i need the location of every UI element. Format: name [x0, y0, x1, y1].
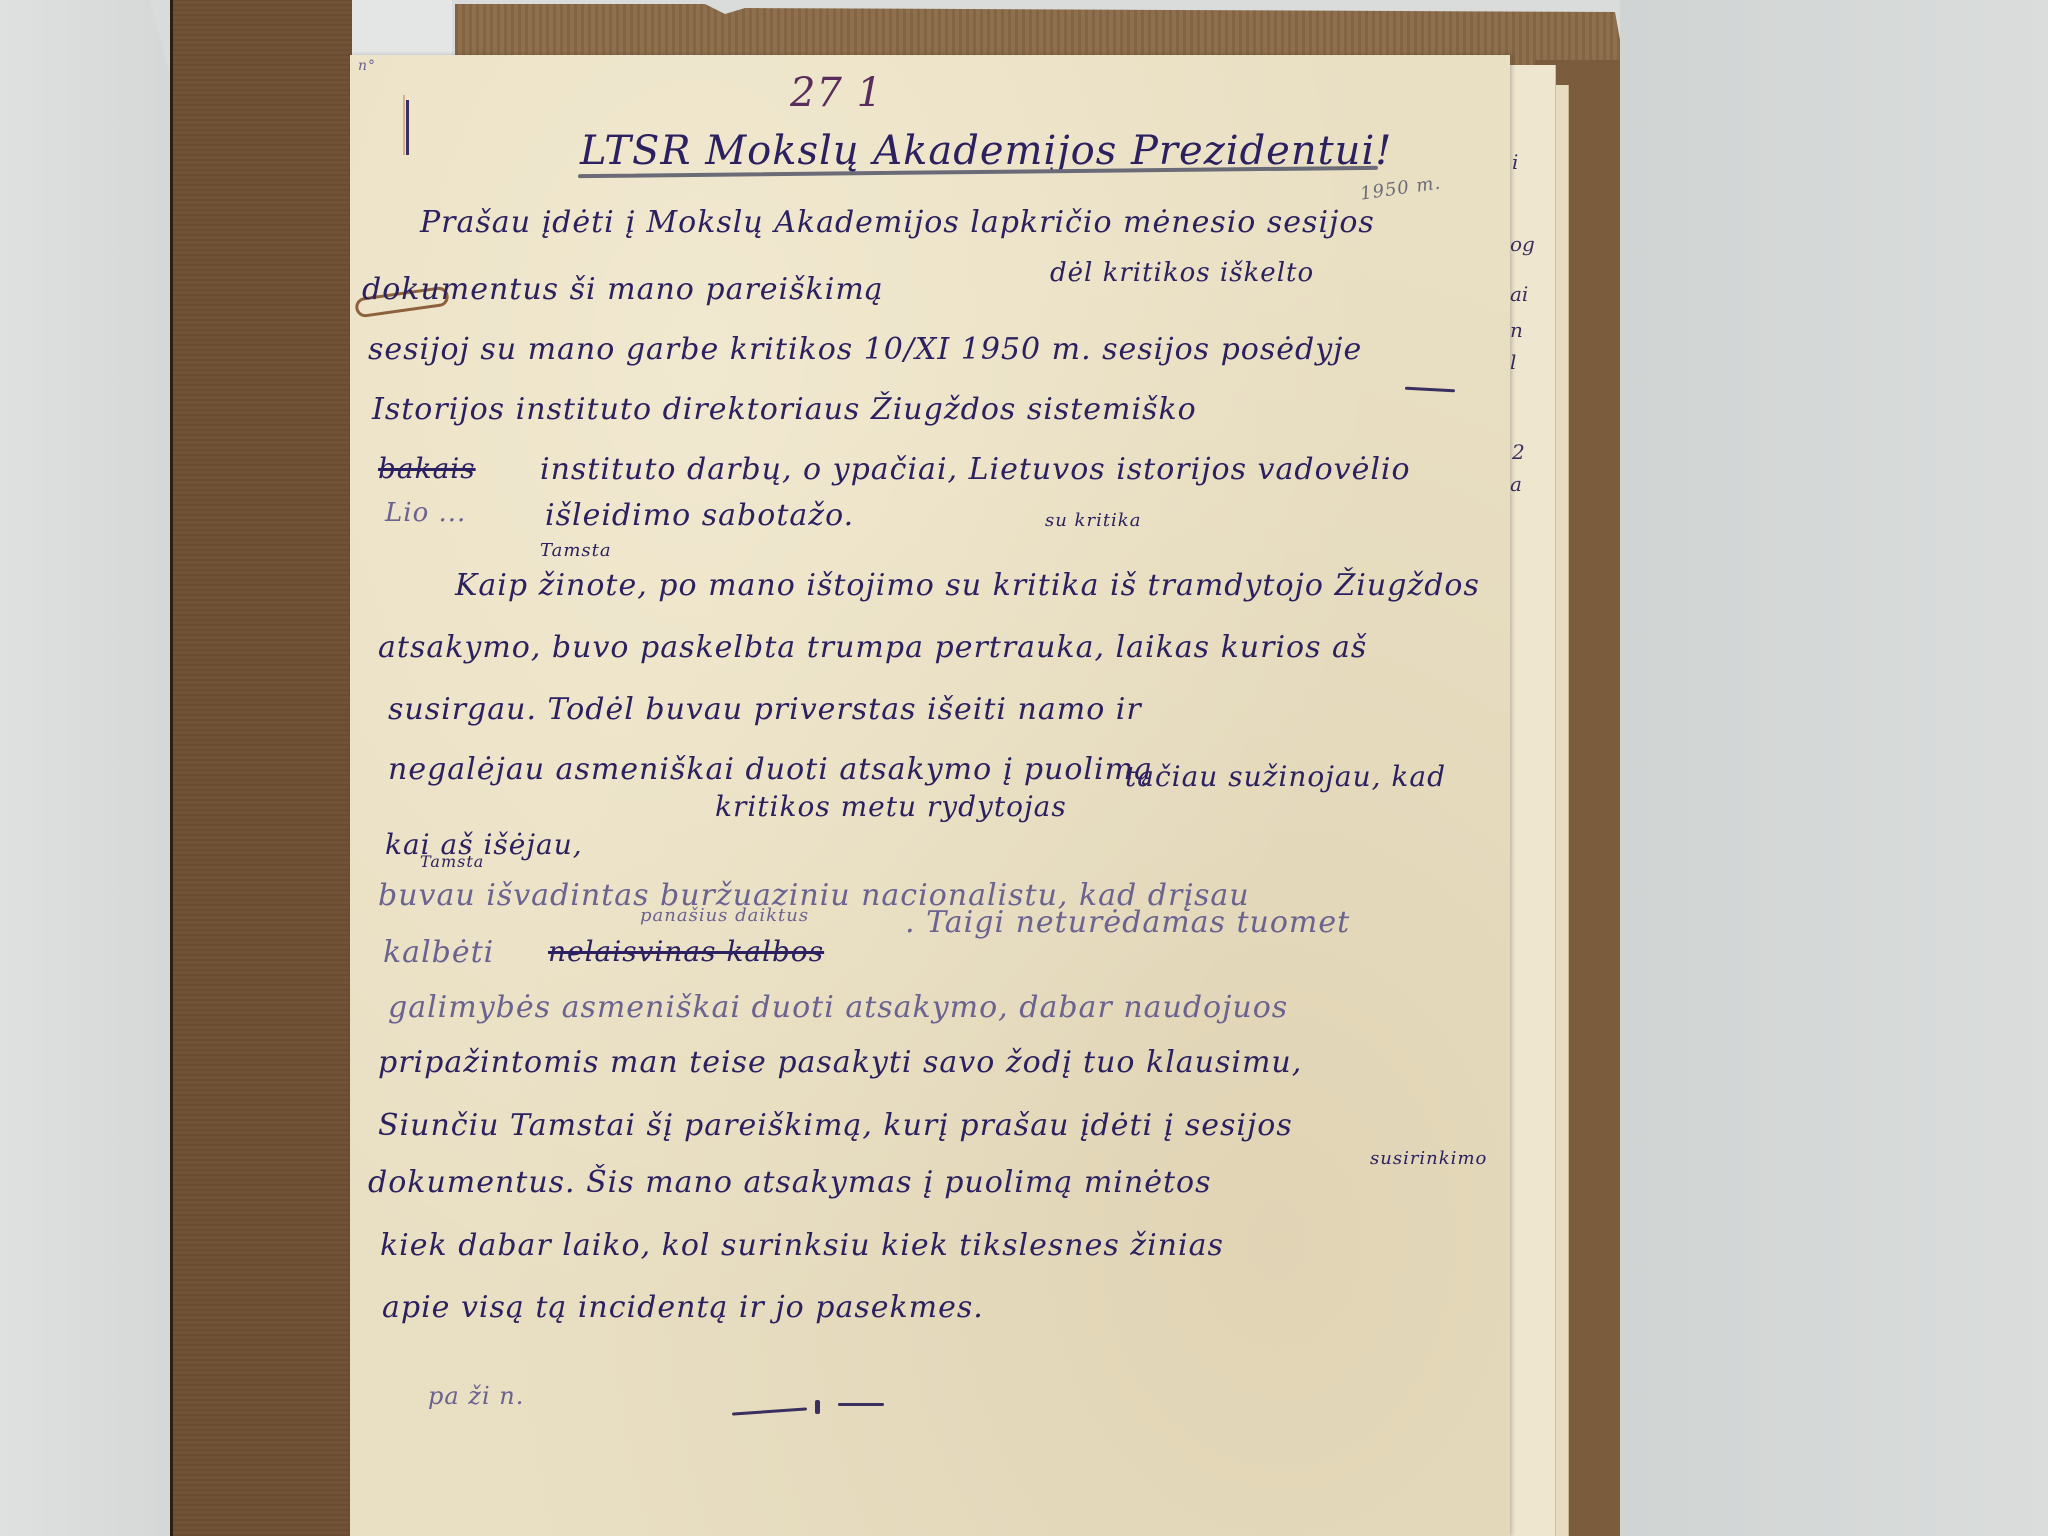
letter-line-19-insert: susirinkimo: [1370, 1148, 1487, 1169]
margin-note-tamsta: Tamsta: [420, 852, 484, 871]
letter-line-15-continuation: . Taigi neturėdamas tuomet: [905, 905, 1350, 940]
letter-line-11: tačiau sužinojau, kad: [1125, 760, 1446, 793]
letter-line-8: atsakymo, buvo paskelbta trumpa pertrauk…: [378, 630, 1367, 665]
letter-line-15: kalbėti: [383, 935, 494, 970]
background-sheet-left: [0, 0, 185, 1536]
letter-line-5: instituto darbų, o ypačiai, Lietuvos ist…: [540, 452, 1411, 487]
letter-line-7-insert: su kritika: [1045, 510, 1141, 531]
signature-prefix: pa ži n.: [428, 1382, 524, 1410]
letter-line-1: Prašau įdėti į Mokslų Akademijos lapkrič…: [420, 205, 1375, 240]
signature-stroke-3: [838, 1403, 884, 1406]
letter-line-19: dokumentus. Šis mano atsakymas į puolimą…: [368, 1165, 1211, 1200]
letter-line-2: dokumentus ši mano pareiškimą: [362, 272, 884, 307]
letter-line-7-insert-2: Tamsta: [540, 540, 612, 561]
letter-line-16: galimybės asmeniškai duoti atsakymo, dab…: [388, 990, 1288, 1025]
letter-line-21: apie visą tą incidentą ir jo pasekmes.: [382, 1290, 984, 1325]
letter-line-10: negalėjau asmeniškai duoti atsakymo į pu…: [388, 752, 1153, 787]
letter-line-5-struck: bakais: [378, 452, 476, 485]
letter-line-9: susirgau. Todėl buvau priverstas išeiti …: [388, 692, 1142, 727]
corner-mark: n°: [358, 58, 376, 74]
letter-line-7: Kaip žinote, po mano ištojimo su kritika…: [455, 568, 1480, 603]
letter-line-4: Istorijos instituto direktoriaus Žiugždo…: [372, 392, 1197, 427]
letter-line-12: kritikos metu rydytojas: [715, 790, 1067, 823]
background-surface-right: [1620, 0, 2048, 1536]
archive-number: 27 1: [790, 70, 883, 116]
letter-line-3: sesijoj su mano garbe kritikos 10/XI 195…: [368, 332, 1362, 367]
letter-line-2-insert: dėl kritikos iškelto: [1050, 258, 1314, 288]
letter-line-15-insert: panašius daiktus: [640, 905, 809, 926]
letter-line-18: Siunčiu Tamstai šį pareiškimą, kurį praš…: [378, 1108, 1293, 1143]
letter-line-6: išleidimo sabotažo.: [545, 498, 854, 533]
signature-stroke-2: [815, 1400, 820, 1414]
margin-mark: [406, 100, 409, 155]
margin-mark-red: [403, 95, 405, 155]
letter-line-6-struck: Lio ...: [385, 498, 466, 528]
folder-gap: [352, 0, 452, 60]
letter-line-15-struck: nelaisvinas kalbos: [548, 935, 824, 968]
cardboard-folder-flap: [170, 0, 355, 1536]
letter-line-20: kiek dabar laiko, kol surinksiu kiek tik…: [380, 1228, 1224, 1263]
letter-line-17: pripažintomis man teise pasakyti savo žo…: [378, 1045, 1302, 1080]
